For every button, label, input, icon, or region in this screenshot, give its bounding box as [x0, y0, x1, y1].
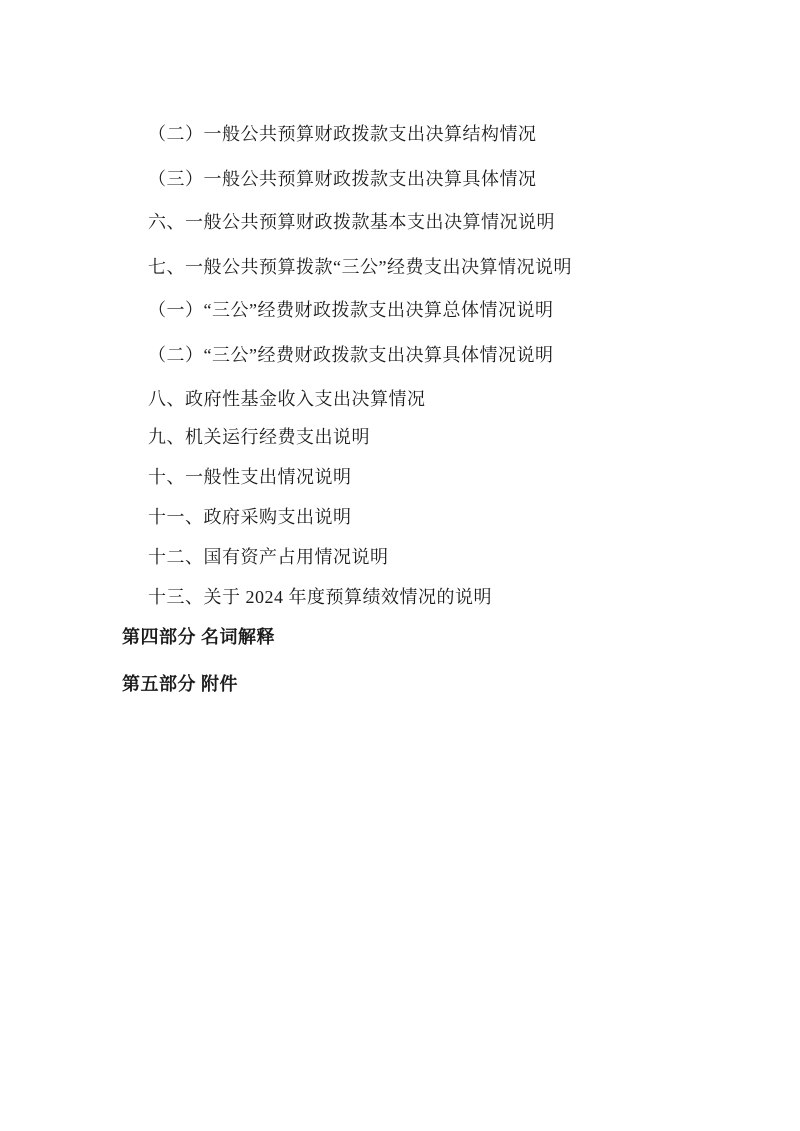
toc-entry: （三）一般公共预算财政拨款支出决算具体情况	[148, 169, 537, 189]
toc-entry: 六、一般公共预算财政拨款基本支出决算情况说明	[148, 212, 555, 232]
document-page: （二）一般公共预算财政拨款支出决算结构情况 （三）一般公共预算财政拨款支出决算具…	[0, 0, 800, 1131]
toc-entry: （一）“三公”经费财政拨款支出决算总体情况说明	[148, 300, 553, 320]
toc-entry: 十、一般性支出情况说明	[148, 467, 352, 487]
toc-entry: 十二、国有资产占用情况说明	[148, 547, 389, 567]
toc-entry: 九、机关运行经费支出说明	[148, 427, 370, 447]
toc-entry: 十三、关于 2024 年度预算绩效情况的说明	[148, 587, 492, 607]
toc-entry: （二）“三公”经费财政拨款支出决算具体情况说明	[148, 345, 553, 365]
section-heading: 第四部分 名词解释	[122, 627, 275, 647]
toc-entry: 八、政府性基金收入支出决算情况	[148, 389, 426, 409]
toc-entry: （二）一般公共预算财政拨款支出决算结构情况	[148, 124, 537, 144]
section-heading: 第五部分 附件	[122, 674, 238, 694]
toc-entry: 十一、政府采购支出说明	[148, 507, 352, 527]
toc-entry: 七、一般公共预算拨款“三公”经费支出决算情况说明	[148, 257, 572, 277]
